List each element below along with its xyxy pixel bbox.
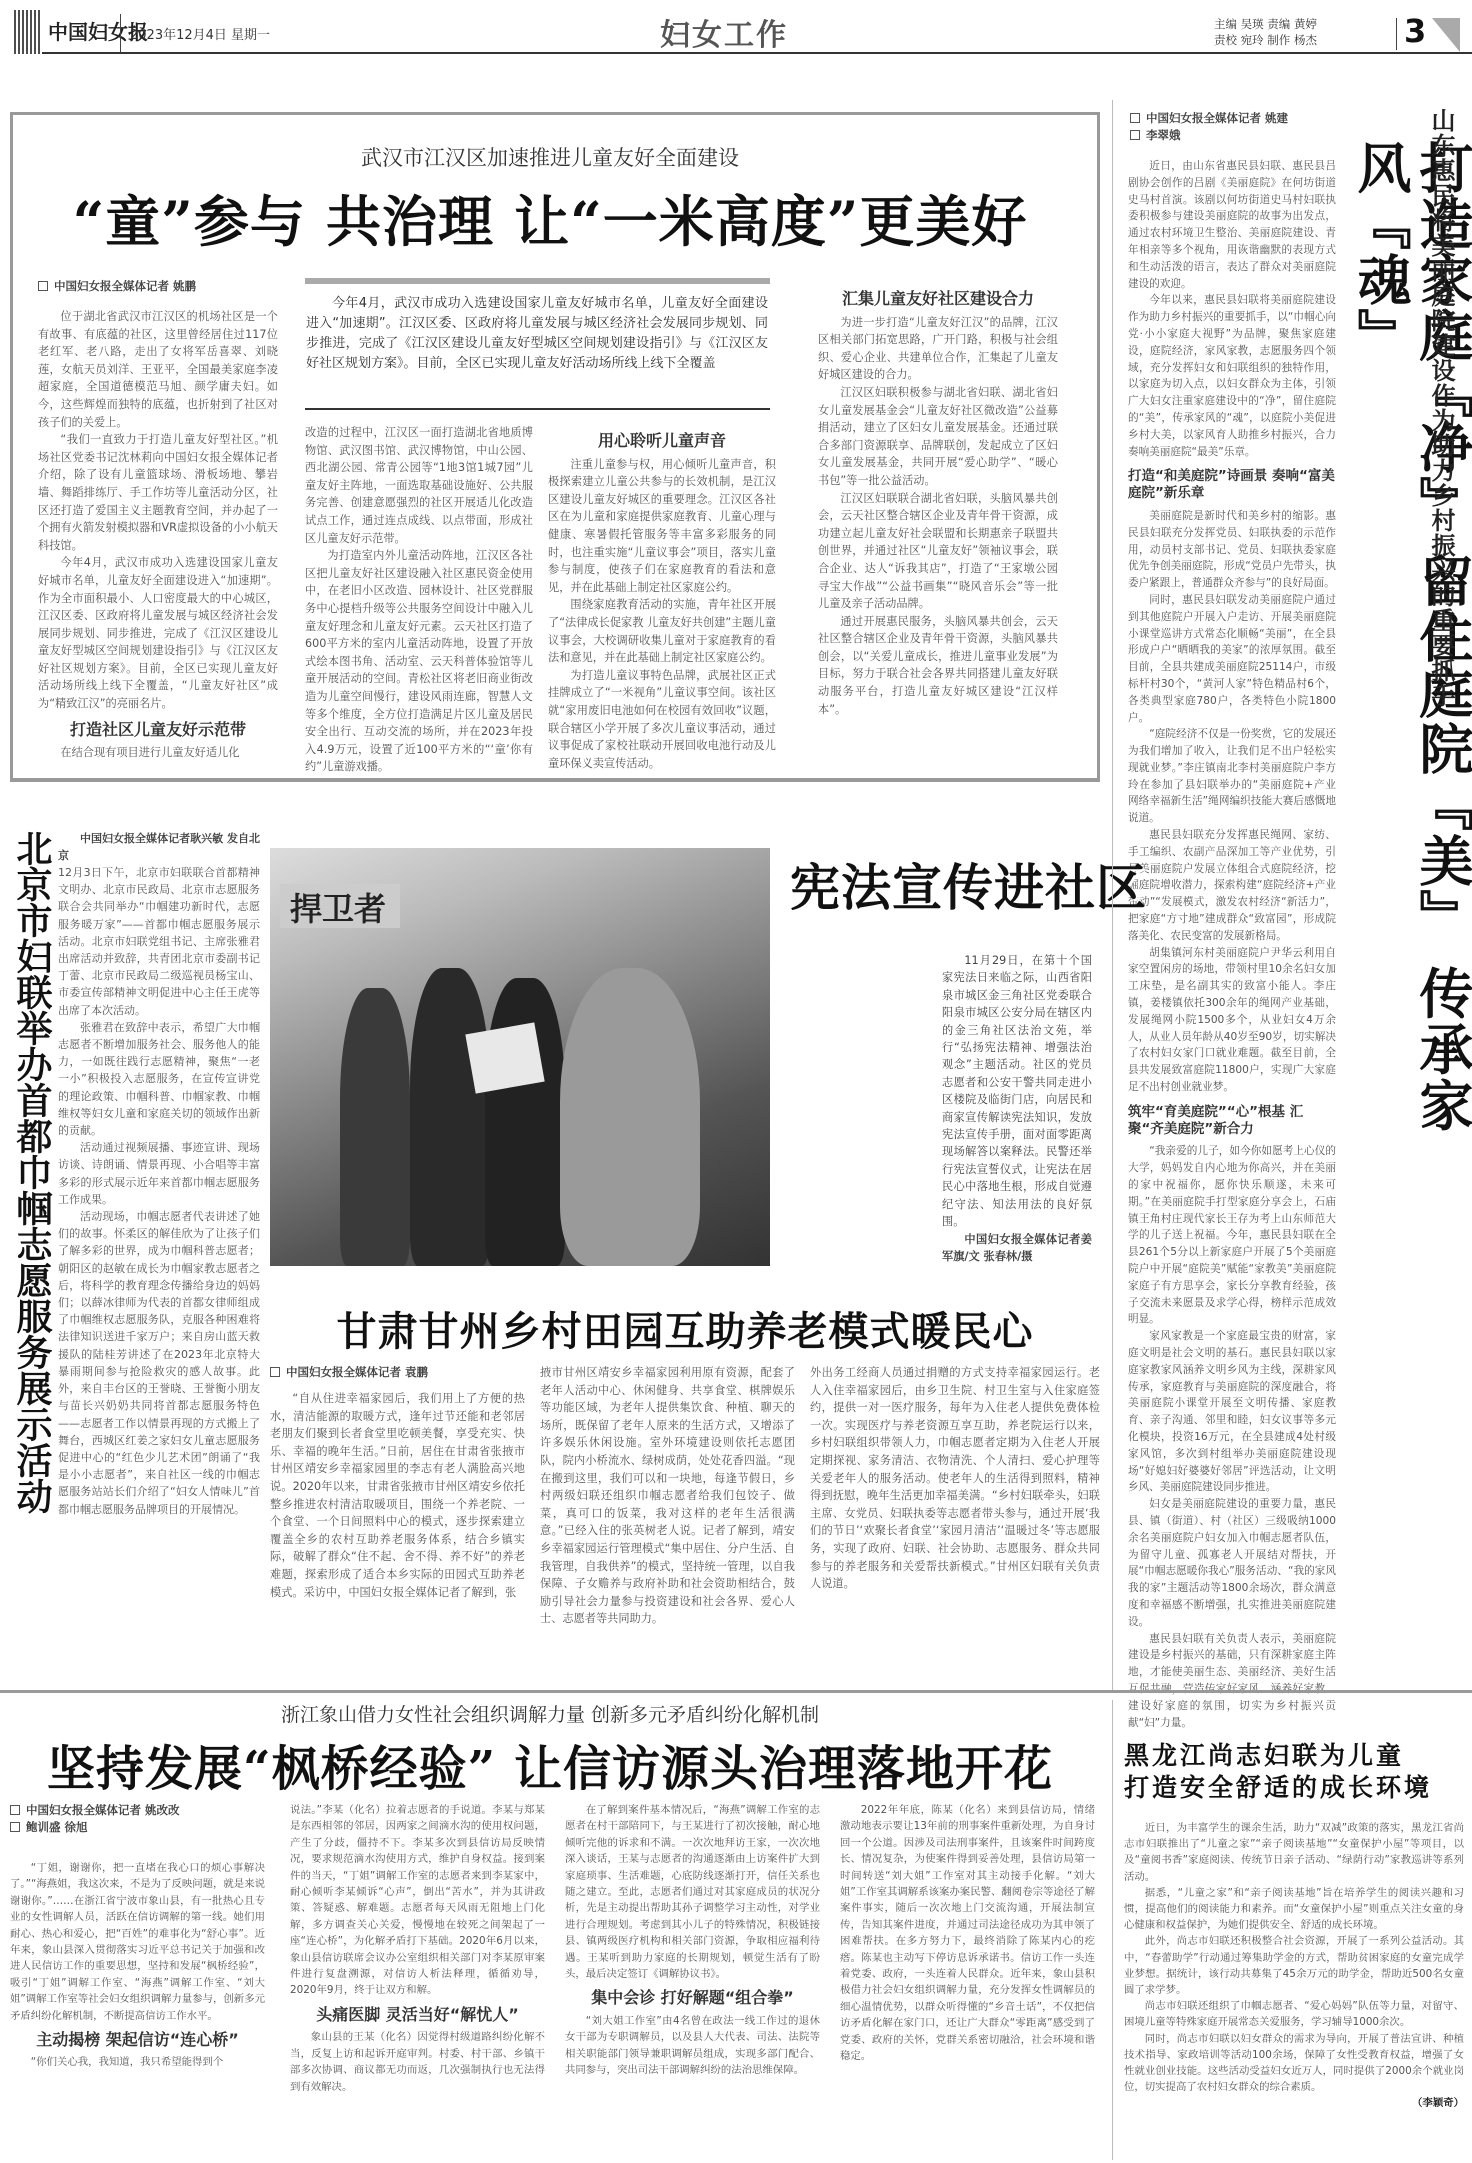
section-subhead: 主动揭榜 架起信访“连心桥” — [10, 2032, 265, 2048]
byline: 中国妇女报全媒体记者 袁鹏 — [270, 1364, 530, 1381]
section-title: 妇女工作 — [660, 10, 788, 54]
article-headline: 坚持发展“枫桥经验” 让信访源头治理落地开花 — [0, 1730, 1100, 1799]
photo-story-title: 宪法宣传进社区 — [790, 848, 1147, 920]
article-column: 近日，为丰富学生的课余生活，助力“双减”政策的落实，黑龙江省尚志市妇联推出了“儿… — [1124, 1820, 1464, 2112]
article-column: 改造的过程中，江汉区一面打造湖北省地质博物馆、武汉图书馆、武汉博物馆，中山公园、… — [305, 424, 533, 776]
page-number: 3 — [1404, 12, 1426, 50]
divider — [120, 14, 121, 52]
column-divider — [1112, 100, 1113, 1690]
article-column: “自从住进幸福家园后，我们用上了方便的热水，清洁能源的取暖方式，逢年过节还能和老… — [270, 1390, 525, 1601]
article-column: 说法。”李某（化名）拉着志愿者的手说道。李某与郑某是东西相邻的邻居，因两家之间滴… — [290, 1802, 545, 2095]
article-column: 掖市甘州区靖安乡幸福家园利用原有资源，配套了老年人活动中心、休闲健身、共享食堂、… — [540, 1364, 795, 1628]
article-column: 外出务工经商人员通过捐赠的方式支持幸福家园运行。老人入住幸福家园后，由乡卫生院、… — [810, 1364, 1100, 1593]
photo-person — [340, 988, 410, 1266]
photo-brochure — [465, 1022, 544, 1093]
masthead-rule — [42, 52, 1472, 54]
section-subhead: 汇集儿童友好社区建设合力 — [818, 290, 1058, 308]
article-headline: 甘肃甘州乡村田园互助养老模式暖民心 — [270, 1300, 1100, 1357]
article-kicker: 浙江象山借力女性社会组织调解力量 创新多元矛盾纠纷化解机制 — [0, 1700, 1100, 1727]
article-column: “丁姐，谢谢你，把一直堵在我心口的烦心事解决了。”“海燕姐，我这次来，不是为了反… — [10, 1860, 265, 2071]
photo-person — [410, 968, 490, 1266]
article-column: 在了解到案件基本情况后，“海燕”调解工作室的志愿者在村干部陪同下，与王某进行了初… — [565, 1802, 820, 2079]
section-subhead: 头痛医脚 灵活当好“解忧人” — [290, 2007, 545, 2023]
qr-code — [14, 10, 42, 54]
staff-credits: 主编 吴瑛 责编 黄婷 责校 宛玲 制作 杨杰 — [1214, 16, 1317, 48]
lead-rule — [305, 278, 770, 284]
news-photo: 捍卫者 — [270, 848, 770, 1266]
photo-credit: 中国妇女报全媒体记者姜军旗/文 张春林/摄 — [942, 1231, 1092, 1266]
photo-person — [560, 968, 700, 1266]
byline: 中国妇女报全媒体记者耿兴敏 发自北京 — [58, 830, 260, 864]
section-subhead: 打造“和美庭院”诗画景 奏响“富美庭院”新乐章 — [1128, 468, 1336, 502]
photo-sign: 捍卫者 — [280, 884, 400, 928]
article-headline: 黑龙江尚志妇联为儿童 打造安全舒适的成长环境 — [1124, 1740, 1464, 1804]
article-lead: 今年4月，武汉市成功入选建设国家儿童友好城市名单，儿童友好全面建设进入“加速期”… — [306, 294, 768, 374]
column-divider — [1112, 1700, 1113, 2160]
divider — [1396, 18, 1397, 50]
photo-caption: 11月29日，在第十个国家宪法日来临之际，山西省阳泉市城区金三角社区党委联合阳泉… — [942, 952, 1092, 1265]
article-headline: “童”参与 共治理 让“一米高度”更美好 — [0, 178, 1100, 257]
article-column: 用心聆听儿童声音 注重儿童参与权，用心倾听儿童声音，积极探索建立儿童公共参与的长… — [548, 424, 776, 772]
author-signoff: （李颖奇） — [1124, 2095, 1464, 2111]
byline: 中国妇女报全媒体记者 姚建 李翠娥 — [1130, 110, 1340, 144]
section-subhead: 用心聆听儿童声音 — [548, 432, 776, 450]
staff-line: 主编 吴瑛 责编 黄婷 — [1214, 16, 1317, 32]
article-kicker-vertical: 山东惠民将美丽庭院建设作为助力乡村振兴的重要抓手 — [1424, 108, 1459, 728]
article-column: 2022年年底，陈某（化名）来到县信访局，情绪激动地表示要让13年前的刑事案件重… — [840, 1802, 1095, 2065]
section-subhead: 集中会诊 打好解题“组合拳” — [565, 1990, 820, 2006]
article-kicker: 武汉市江汉区加速推进儿童友好全面建设 — [0, 142, 1100, 172]
section-rule — [0, 1690, 1472, 1693]
staff-line: 责校 宛玲 制作 杨杰 — [1214, 32, 1317, 48]
byline: 中国妇女报全媒体记者 姚改改 鲍训盛 徐旭 — [10, 1802, 270, 1836]
section-subhead: 打造社区儿童友好示范带 — [38, 721, 278, 739]
photo-person — [485, 978, 565, 1266]
section-subhead: 筑牢“育美庭院”“心”根基 汇聚“齐美庭院”新合力 — [1128, 1104, 1336, 1138]
issue-date: 2023年12月4日 星期一 — [130, 24, 270, 43]
article-column: 近日，由山东省惠民县妇联、惠民县吕剧协会创作的吕剧《美丽庭院》在何坊街道史马村首… — [1128, 158, 1336, 1731]
lead-rule — [305, 408, 770, 410]
article-column: 汇集儿童友好社区建设合力 为进一步打造“儿童友好江汉”的品牌，江汉区相关部门拓宽… — [818, 282, 1058, 718]
page-corner-triangle — [1432, 18, 1460, 52]
byline: 中国妇女报全媒体记者 姚鹏 — [38, 278, 338, 295]
article-column: 中国妇女报全媒体记者耿兴敏 发自北京 12月3日下午，北京市妇联联合首都精神文明… — [10, 830, 260, 1518]
article-column: 位于湖北省武汉市江汉区的机场社区是一个有故事、有底蕴的社区，这里曾经居住过117… — [38, 308, 278, 762]
